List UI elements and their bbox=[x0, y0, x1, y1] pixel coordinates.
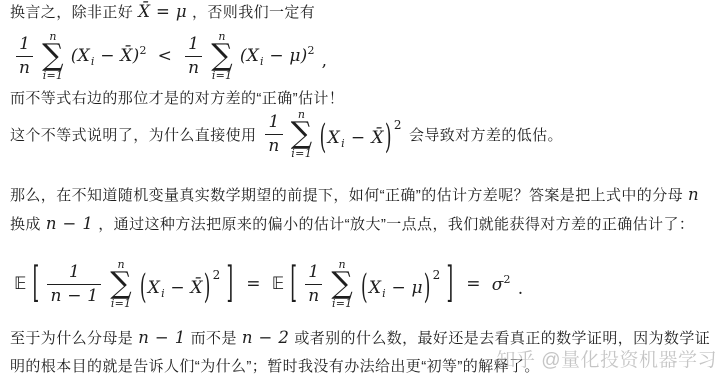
summation: n ∑ i=1 bbox=[110, 259, 132, 309]
p1-text-post: ，否则我们一定有 bbox=[192, 1, 315, 22]
sigma-symbol: ∑ bbox=[110, 271, 132, 297]
summation: n ∑ i=1 bbox=[42, 31, 64, 81]
paragraph-intro: 换言之，除非正好 X̄ = μ ，否则我们一定有 bbox=[10, 1, 315, 22]
right-paren: ) bbox=[423, 268, 432, 308]
right-bracket: ] bbox=[226, 260, 233, 309]
paragraph-underestimate: 这个不等式说明了，为什么直接使用 1 n n ∑ i=1 (Xi − X̄)2 … bbox=[10, 103, 563, 165]
left-paren: ( bbox=[319, 118, 328, 158]
summation: n ∑ i=1 bbox=[291, 109, 313, 159]
left-paren: ( bbox=[139, 268, 148, 308]
math-n-minus-1: n − 1 bbox=[138, 328, 185, 347]
sigma-squared: σ2 bbox=[492, 273, 511, 295]
equals-sign: = bbox=[466, 274, 480, 294]
p1-text-pre: 换言之，除非正好 bbox=[10, 1, 133, 22]
equals-sign: = bbox=[246, 274, 260, 294]
zhihu-watermark: 知乎 @量化投资机器学习 bbox=[496, 345, 717, 372]
fraction-one-over-n-minus-1: 1 n − 1 bbox=[47, 264, 101, 305]
p3-text-post: 会导致对方差的低估。 bbox=[409, 124, 563, 145]
sigma-symbol: ∑ bbox=[291, 121, 313, 147]
math-xbar-equals-mu: X̄ = μ bbox=[138, 2, 187, 21]
squared-term-xbar: (Xi − X̄)2 bbox=[319, 118, 402, 150]
less-than-sign: < bbox=[158, 46, 172, 66]
p3-text-pre: 这个不等式说明了，为什么直接使用 bbox=[10, 124, 256, 145]
math-n: n bbox=[688, 185, 699, 204]
summation: n ∑ i=1 bbox=[331, 259, 353, 309]
period: . bbox=[518, 269, 524, 299]
paragraph-n-minus-one: 那么，在不知道随机变量真实数学期望的前提下，如何“正确”的估计方差呢？答案是把上… bbox=[10, 181, 713, 238]
fraction-one-over-n: 1 n bbox=[185, 36, 202, 77]
sigma-symbol: ∑ bbox=[42, 43, 64, 69]
summation: n ∑ i=1 bbox=[211, 31, 233, 81]
comma: , bbox=[322, 41, 328, 71]
right-paren: ) bbox=[203, 268, 212, 308]
squared-term-xbar: (Xi − X̄)2 bbox=[139, 268, 221, 300]
squared-term-mu: (Xi − μ)2 bbox=[360, 268, 440, 300]
fraction-one-over-n: 1 n bbox=[16, 36, 33, 77]
blackboard-E: 𝔼 bbox=[272, 274, 285, 294]
math-n-minus-1: n − 1 bbox=[46, 214, 93, 233]
left-paren: ( bbox=[360, 268, 369, 308]
squared-term-xbar: (Xi − X̄)2 bbox=[71, 44, 147, 68]
sigma-symbol: ∑ bbox=[331, 271, 353, 297]
fraction-one-over-n: 1 n bbox=[265, 114, 282, 155]
squared-term-mu: (Xi − μ)2 bbox=[240, 44, 315, 68]
blackboard-E: 𝔼 bbox=[14, 274, 27, 294]
fraction-one-over-n: 1 n bbox=[305, 264, 322, 305]
math-n-minus-2: n − 2 bbox=[242, 328, 289, 347]
formula-biased-estimator: 1 n n ∑ i=1 (Xi − X̄)2 bbox=[263, 109, 402, 159]
sigma-symbol: ∑ bbox=[211, 43, 233, 69]
right-bracket: ] bbox=[446, 260, 453, 309]
formula-variance-inequality: 1 n n ∑ i=1 (Xi − X̄)2 < 1 n n ∑ i=1 (Xi… bbox=[14, 26, 327, 86]
formula-expectation-identity: 𝔼 [ 1 n − 1 n ∑ i=1 (Xi − X̄)2 ] = 𝔼 [ 1… bbox=[14, 252, 523, 316]
left-bracket: [ bbox=[33, 260, 40, 309]
right-paren: ) bbox=[384, 118, 393, 158]
left-bracket: [ bbox=[290, 260, 297, 309]
